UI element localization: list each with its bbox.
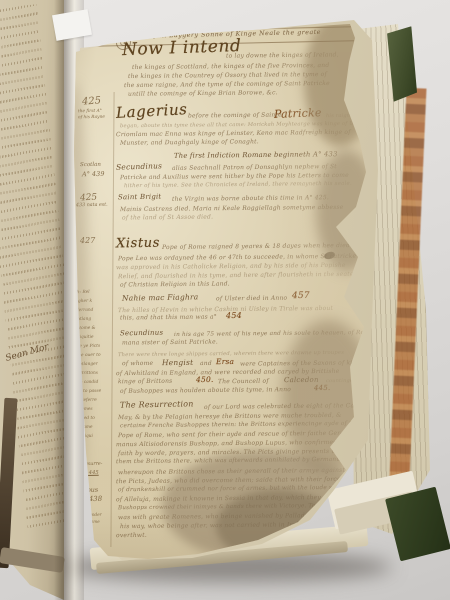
margin-note: 425 <box>82 95 102 107</box>
green-cover-bottom-corner <box>385 487 450 562</box>
paper-scrap <box>52 9 92 41</box>
photo-background: Sean Mor Of the raigne of K. Laygery Son… <box>0 0 450 600</box>
